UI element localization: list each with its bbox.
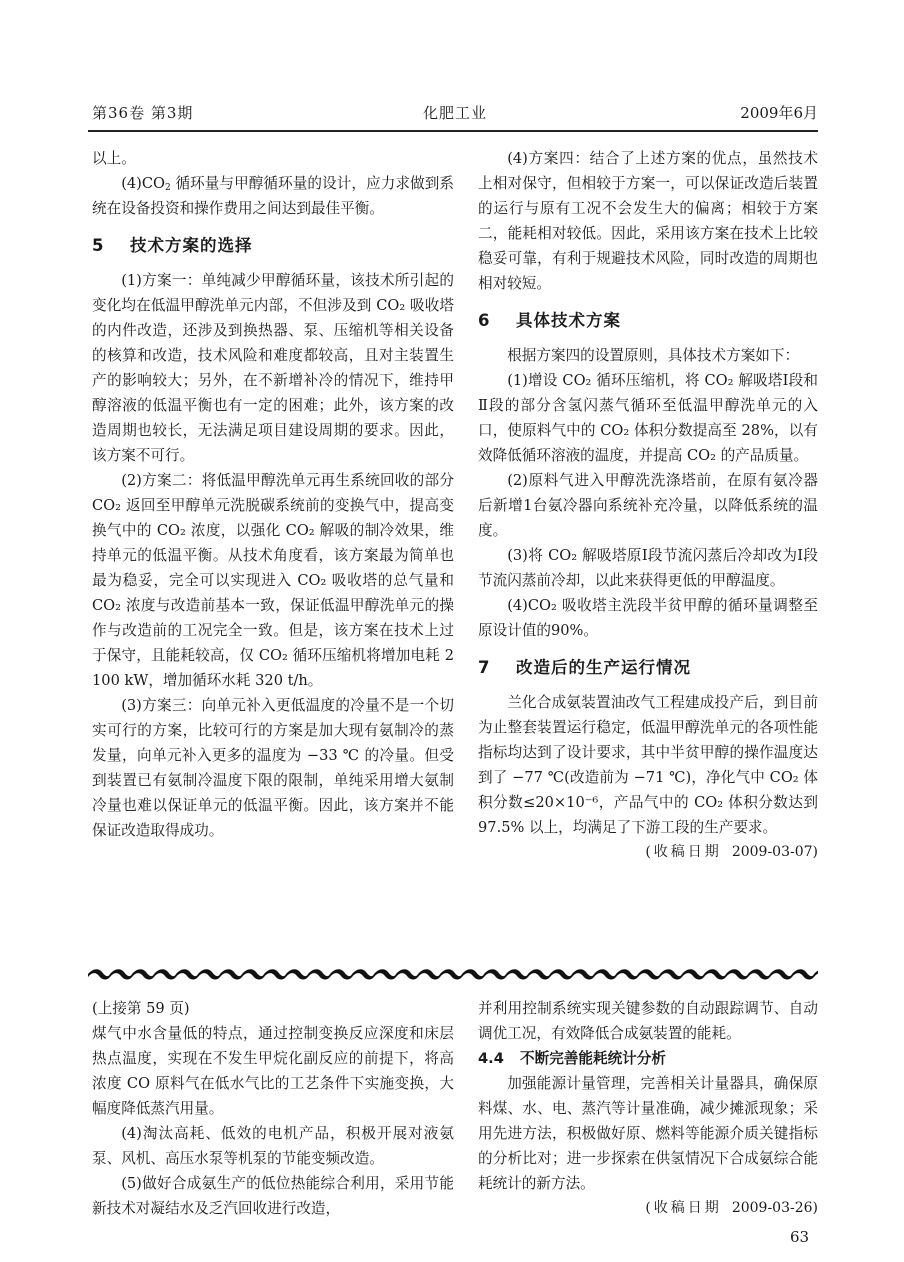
paragraph-plan-2: (2)方案二：将低温甲醇洗单元再生系统回收的部分 CO₂ 返回至甲醇单元洗脱碳系… bbox=[92, 468, 454, 693]
paragraph: 并利用控制系统实现关键参数的自动跟踪调节、自动调优工况，有效降低合成氨装置的能耗… bbox=[478, 996, 818, 1046]
paragraph: 兰化合成氨装置油改气工程建成投产后，到目前为止整套装置运行稳定，低温甲醇洗单元的… bbox=[478, 690, 818, 840]
paragraph: (4)CO2 循环量与甲醇循环量的设计，应力求做到系统在设备投资和操作费用之间达… bbox=[92, 171, 454, 221]
wavy-separator bbox=[88, 966, 818, 980]
received-date: (收稿日期2009-03-07) bbox=[478, 840, 818, 865]
journal-title: 化肥工业 bbox=[92, 102, 818, 123]
paragraph: (5)做好合成氨生产的低位热能综合利用，采用节能新技术对凝结水及乏汽回收进行改造… bbox=[92, 1171, 454, 1221]
paragraph-plan-4: (4)方案四：结合了上述方案的优点，虽然技术上相对保守，但相较于方案一，可以保证… bbox=[478, 146, 818, 296]
subsection-heading-4-4: 4.4不断完善能耗统计分析 bbox=[478, 1046, 818, 1071]
list-item: (2)原料气进入甲醇洗洗涤塔前，在原有氨冷器后新增1台氨冷器向系统补充冷量，以降… bbox=[478, 468, 818, 543]
paragraph: 根据方案四的设置原则，具体技术方案如下： bbox=[478, 343, 818, 368]
paragraph: 煤气中水含量低的特点，通过控制变换反应深度和床层热点温度，实现在不发生甲烷化副反… bbox=[92, 1021, 454, 1121]
left-column: 以上。 (4)CO2 循环量与甲醇循环量的设计，应力求做到系统在设备投资和操作费… bbox=[92, 146, 454, 843]
section-heading-7: 7改造后的生产运行情况 bbox=[478, 655, 818, 680]
issue-date: 2009年6月 bbox=[740, 102, 818, 123]
section-heading-6: 6具体技术方案 bbox=[478, 308, 818, 333]
paragraph: 加强能源计量管理，完善相关计量器具，确保原料煤、水、电、蒸汽等计量准确，减少摊派… bbox=[478, 1071, 818, 1196]
received-date: (收稿日期2009-03-26) bbox=[478, 1196, 818, 1221]
page-number: 63 bbox=[790, 1228, 809, 1246]
paragraph-plan-3: (3)方案三：向单元补入更低温度的冷量不是一个切实可行的方案，比较可行的方案是加… bbox=[92, 693, 454, 843]
list-item: (1)增设 CO₂ 循环压缩机，将 CO₂ 解吸塔Ⅰ段和Ⅱ段的部分含氢闪蒸气循环… bbox=[478, 368, 818, 468]
continuation-right-column: 并利用控制系统实现关键参数的自动跟踪调节、自动调优工况，有效降低合成氨装置的能耗… bbox=[478, 996, 818, 1221]
header-rule bbox=[88, 130, 818, 132]
continued-from-label: (上接第 59 页) bbox=[92, 996, 454, 1021]
list-item: (3)将 CO₂ 解吸塔原Ⅰ段节流闪蒸后冷却改为Ⅰ段节流闪蒸前冷却，以此来获得更… bbox=[478, 543, 818, 593]
right-column: (4)方案四：结合了上述方案的优点，虽然技术上相对保守，但相较于方案一，可以保证… bbox=[478, 146, 818, 865]
continuation-left-column: (上接第 59 页) 煤气中水含量低的特点，通过控制变换反应深度和床层热点温度，… bbox=[92, 996, 454, 1221]
paragraph-plan-1: (1)方案一：单纯减少甲醇循环量，该技术所引起的变化均在低温甲醇洗单元内部，不但… bbox=[92, 268, 454, 468]
paragraph: (4)淘汰高耗、低效的电机产品，积极开展对液氨泵、风机、高压水泵等机泵的节能变频… bbox=[92, 1121, 454, 1171]
paragraph: 以上。 bbox=[92, 146, 454, 171]
running-header: 第36卷 第3期 化肥工业 2009年6月 bbox=[92, 100, 818, 126]
list-item: (4)CO₂ 吸收塔主洗段半贫甲醇的循环量调整至原设计值的90%。 bbox=[478, 593, 818, 643]
section-heading-5: 5技术方案的选择 bbox=[92, 233, 454, 258]
